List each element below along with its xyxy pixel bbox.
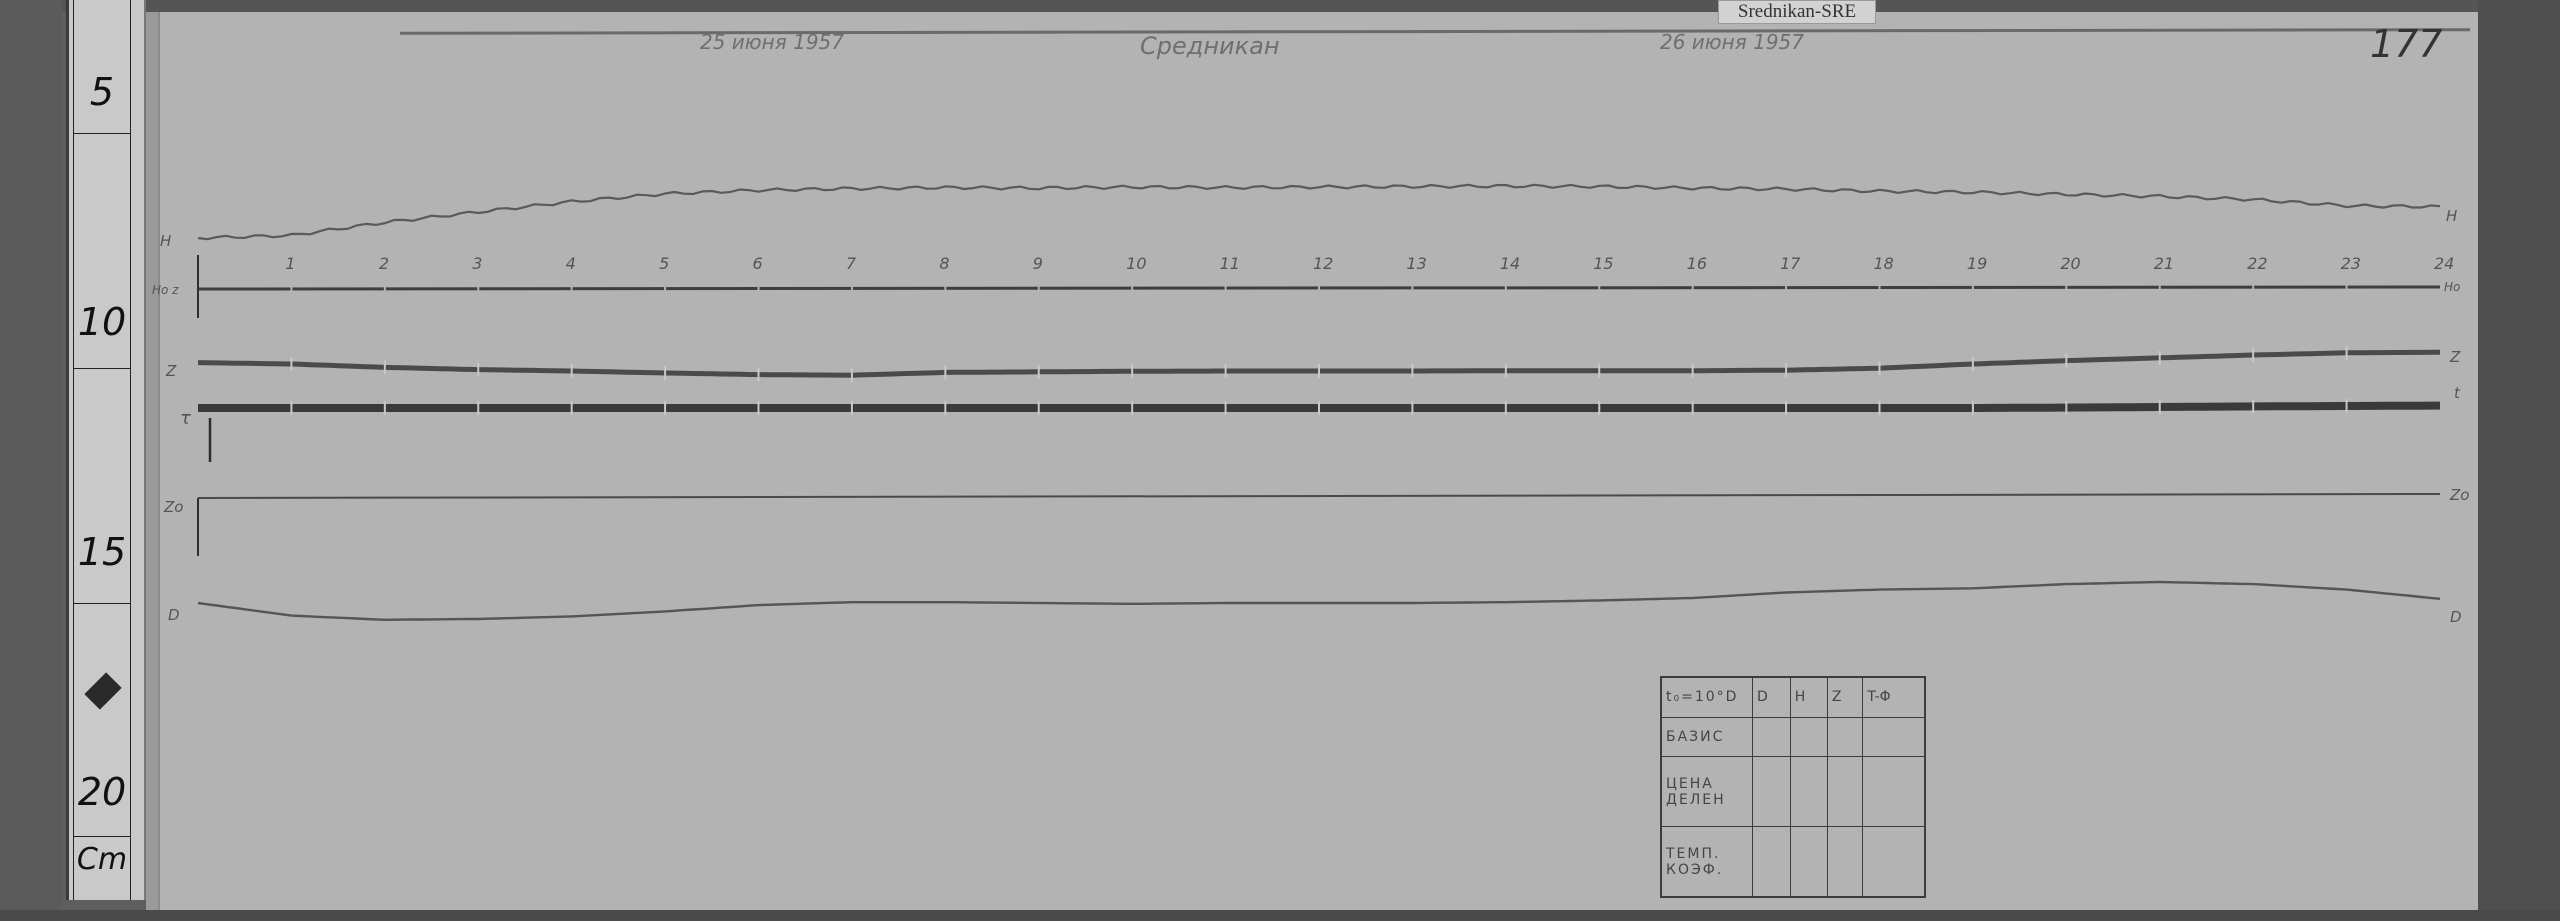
hour-mark: 5	[659, 254, 669, 273]
hour-mark: 15	[1593, 254, 1613, 273]
label-h-left: H	[160, 232, 171, 250]
hour-mark: 6	[753, 254, 763, 273]
hour-mark: 8	[939, 254, 949, 273]
hour-mark: 24	[2434, 254, 2454, 273]
table-header-row: t₀=10°D D H Z T-Φ	[1662, 678, 1925, 718]
hour-mark: 12	[1313, 254, 1333, 273]
hour-mark: 1	[285, 254, 295, 273]
table-row: БАЗИС	[1662, 717, 1925, 757]
label-h-right: H	[2446, 207, 2457, 225]
table-cell	[1863, 757, 1925, 827]
table-row-label: ТЕМП. КОЭФ.	[1662, 827, 1753, 897]
table-cell	[1753, 757, 1791, 827]
table-header-cell: T-Φ	[1863, 678, 1925, 718]
label-zo-left: Zo	[164, 498, 183, 516]
table-cell	[1863, 717, 1925, 757]
hour-mark: 16	[1687, 254, 1707, 273]
hour-mark: 18	[1874, 254, 1894, 273]
table-cell	[1790, 757, 1827, 827]
table-header-cell: t₀=10°D	[1662, 678, 1753, 718]
trace-d	[198, 582, 2440, 620]
hour-mark: 10	[1126, 254, 1146, 273]
hour-mark: 22	[2247, 254, 2267, 273]
hour-mark: 19	[1967, 254, 1987, 273]
table-row: ЦЕНА ДЕЛЕН	[1662, 757, 1925, 827]
table-header-cell: H	[1790, 678, 1827, 718]
hour-mark: 17	[1780, 254, 1800, 273]
label-zo-right: Zo	[2450, 486, 2469, 504]
hour-mark: 9	[1033, 254, 1043, 273]
label-baseline-left: Ho z	[152, 283, 178, 297]
table-cell	[1863, 827, 1925, 897]
baseline-ho	[198, 283, 2440, 293]
label-d-right: D	[2450, 608, 2462, 626]
table-cell	[1753, 827, 1791, 897]
hour-mark: 3	[472, 254, 482, 273]
table-cell	[1827, 827, 1862, 897]
trace-h	[198, 185, 2440, 239]
hour-mark: 2	[379, 254, 389, 273]
scale-arrows	[198, 255, 210, 462]
hour-mark: 21	[2154, 254, 2174, 273]
table-header-cell: Z	[1827, 678, 1862, 718]
magnetogram-traces	[0, 0, 2560, 921]
hour-mark: 13	[1406, 254, 1426, 273]
label-z-right: Z	[2450, 348, 2460, 366]
label-t-right: t	[2454, 384, 2460, 402]
table-cell	[1790, 717, 1827, 757]
hour-mark: 7	[846, 254, 856, 273]
hour-mark: 14	[1500, 254, 1520, 273]
calibration-table: t₀=10°D D H Z T-Φ БАЗИС ЦЕНА ДЕЛЕН ТЕМП.…	[1660, 676, 1926, 898]
hour-mark: 4	[566, 254, 576, 273]
hour-mark: 11	[1220, 254, 1240, 273]
table-row-label: БАЗИС	[1662, 717, 1753, 757]
trace-t	[198, 399, 2440, 415]
table-header-cell: D	[1753, 678, 1791, 718]
hour-mark: 23	[2341, 254, 2361, 273]
label-d-left: D	[168, 606, 180, 624]
label-z-left: Z	[166, 362, 176, 380]
table-row: ТЕМП. КОЭФ.	[1662, 827, 1925, 897]
table-cell	[1827, 717, 1862, 757]
table-cell	[1827, 757, 1862, 827]
table-row-label: ЦЕНА ДЕЛЕН	[1662, 757, 1753, 827]
trace-z	[198, 346, 2440, 382]
hour-mark: 20	[2060, 254, 2080, 273]
baseline-zo	[198, 494, 2440, 556]
table-cell	[1753, 717, 1791, 757]
table-cell	[1790, 827, 1827, 897]
label-baseline-right: Ho	[2444, 280, 2460, 294]
label-t-left: τ	[180, 408, 191, 429]
